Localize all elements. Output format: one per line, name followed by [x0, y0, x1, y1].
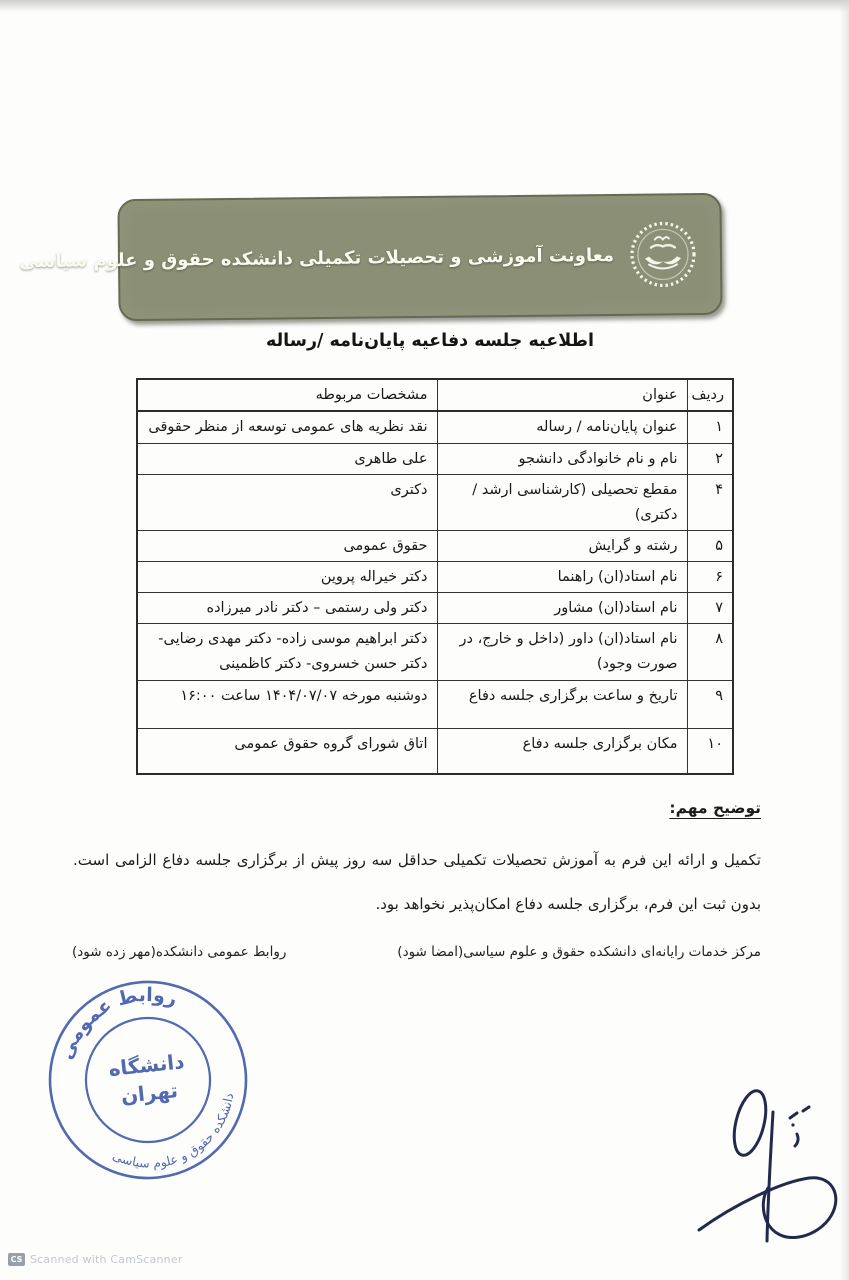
row-title: مقطع تحصیلی (کارشناسی ارشد / دکتری): [437, 474, 687, 530]
table-row: ۱ عنوان پایان‌نامه / رساله نقد نظریه های…: [137, 411, 733, 443]
important-note-heading: توضیح مهم:: [669, 799, 761, 817]
row-number: ۱: [687, 411, 733, 443]
handwritten-signature: [693, 1078, 845, 1244]
table-header-row: ردیف عنوان مشخصات مربوطه: [137, 379, 733, 411]
table-row: ۹ تاریخ و ساعت برگزاری جلسه دفاع دوشنبه …: [137, 680, 733, 728]
row-value: اتاق شورای گروه حقوق عمومی: [137, 728, 437, 774]
camscanner-icon: CS: [8, 1253, 25, 1266]
banner-title: معاونت آموزشی و تحصیلات تکمیلی دانشکده ح…: [0, 244, 614, 271]
table-row: ۵ رشته و گرایش حقوق عمومی: [137, 530, 733, 561]
table-row: ۱۰ مکان برگزاری جلسه دفاع اتاق شورای گرو…: [137, 728, 733, 774]
camscanner-watermark: CS Scanned with CamScanner: [8, 1253, 183, 1266]
table-row: ۶ نام استاد(ان) راهنما دکتر خیراله پروین: [137, 561, 733, 592]
row-value: حقوق عمومی: [137, 530, 437, 561]
defense-table-wrap: ردیف عنوان مشخصات مربوطه ۱ عنوان پایان‌ن…: [136, 378, 734, 775]
stamp-center-line1: دانشگاه: [107, 1049, 185, 1081]
important-note-body: تکمیل و ارائه این فرم به آموزش تحصیلات ت…: [73, 838, 761, 926]
stamp-center-line2: تهران: [120, 1078, 179, 1108]
col-header-details: مشخصات مربوطه: [137, 379, 437, 411]
row-number: ۷: [687, 592, 733, 623]
university-of-tehran-logo-icon: [620, 211, 707, 298]
row-value: دکتری: [137, 474, 437, 530]
row-title: عنوان پایان‌نامه / رساله: [437, 411, 687, 443]
signature-label-computer-center: مرکز خدمات رایانه‌ای دانشکده حقوق و علوم…: [397, 944, 761, 960]
signature-label-public-relations: روابط عمومی دانشکده(مهر زده شود): [72, 944, 286, 960]
row-value: دکتر ولی رستمی – دکتر نادر میرزاده: [137, 592, 437, 623]
row-number: ۶: [687, 561, 733, 592]
page-title: اطلاعیه جلسه دفاعیه پایان‌نامه /رساله: [0, 331, 849, 351]
row-title: نام استاد(ان) راهنما: [437, 561, 687, 592]
header-banner: معاونت آموزشی و تحصیلات تکمیلی دانشکده ح…: [117, 193, 722, 321]
col-header-row-number: ردیف: [687, 379, 733, 411]
row-value: علی طاهری: [137, 443, 437, 474]
row-value: دکتر ابراهیم موسی زاده- دکتر مهدی رضایی-…: [137, 623, 437, 680]
row-number: ۹: [687, 680, 733, 728]
row-title: رشته و گرایش: [437, 530, 687, 561]
row-value: دکتر خیراله پروین: [137, 561, 437, 592]
row-number: ۴: [687, 474, 733, 530]
row-title: نام استاد(ان) داور (داخل و خارج، در صورت…: [437, 623, 687, 680]
table-row: ۷ نام استاد(ان) مشاور دکتر ولی رستمی – د…: [137, 592, 733, 623]
row-number: ۸: [687, 623, 733, 680]
row-title: مکان برگزاری جلسه دفاع: [437, 728, 687, 774]
table-row: ۴ مقطع تحصیلی (کارشناسی ارشد / دکتری) دک…: [137, 474, 733, 530]
row-number: ۱۰: [687, 728, 733, 774]
table-row: ۸ نام استاد(ان) داور (داخل و خارج، در صو…: [137, 623, 733, 680]
col-header-title: عنوان: [437, 379, 687, 411]
row-title: نام استاد(ان) مشاور: [437, 592, 687, 623]
camscanner-text: Scanned with CamScanner: [30, 1253, 183, 1266]
row-number: ۵: [687, 530, 733, 561]
row-value: دوشنبه مورخه ۱۴۰۴/۰۷/۰۷ ساعت ۱۶:۰۰: [137, 680, 437, 728]
row-value: نقد نظریه های عمومی توسعه از منظر حقوقی: [137, 411, 437, 443]
scanned-document-page: معاونت آموزشی و تحصیلات تکمیلی دانشکده ح…: [0, 0, 849, 1280]
defense-info-table: ردیف عنوان مشخصات مربوطه ۱ عنوان پایان‌ن…: [136, 378, 734, 775]
row-title: تاریخ و ساعت برگزاری جلسه دفاع: [437, 680, 687, 728]
row-title: نام و نام خانوادگی دانشجو: [437, 443, 687, 474]
row-number: ۲: [687, 443, 733, 474]
official-stamp: روابط عمومی دانشکده حقوق و علوم سیاسی دا…: [36, 968, 260, 1192]
scan-edge-artifact: [0, 0, 849, 12]
table-row: ۲ نام و نام خانوادگی دانشجو علی طاهری: [137, 443, 733, 474]
